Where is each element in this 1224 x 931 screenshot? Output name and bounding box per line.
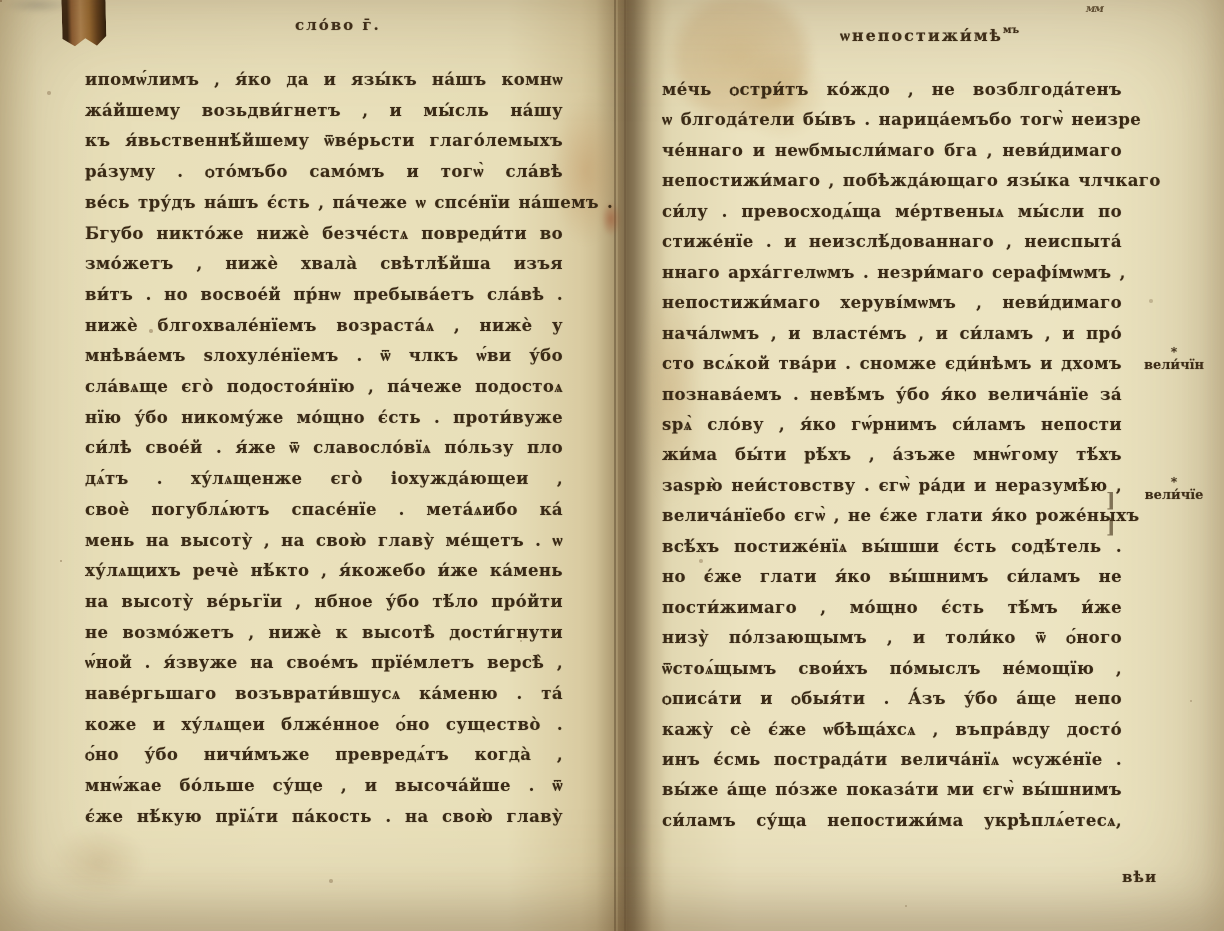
text-line: си́лу . превосходѧ́ща ме́ртвеныѧ мы́сли … [662, 202, 1122, 223]
text-line: ѻ́но у́бо ничи́мъже превредѧ́тъ когда̀ , [85, 745, 563, 766]
margin-note: * вели́чїе [1128, 476, 1220, 502]
text-line: вы́же а́ще по́зже показа́ти ми єгѡ̀ вы́ш… [662, 780, 1122, 801]
text-line: заѕрю̀ неи́стовству . єгѡ̀ ра́ди и нераз… [662, 476, 1122, 497]
text-line: жи́ма бы́ти рѣ́хъ , а́зъже мнѡ́гому тѣ́х… [662, 445, 1122, 466]
text-line: непостижи́маго херуві́мѡмъ , неви́димаго [662, 293, 1122, 314]
right-page-header: ѡнепостижи́мѣмъ [840, 25, 1019, 46]
text-line: ви́тъ . но восвое́й пр́нѡ пребыва́етъ сл… [85, 285, 563, 306]
text-line: ве́сь тру́дъ на́шъ є́сть , па́чеже ѡ спс… [85, 193, 563, 214]
right-page-header-text: ѡнепостижи́мѣ [840, 26, 1003, 45]
text-line: ху́лѧщихъ речѐ нѣ́кто , я́кожебо и́же ка… [85, 561, 563, 582]
text-line: си́ламъ су́ща непостижи́ма укрѣплѧ́етесѧ… [662, 811, 1122, 832]
text-line: велича́нїебо єгѡ̀ , не є́же глати я́ко р… [662, 506, 1122, 527]
text-line: къ я́вьственнѣ́йшему ѿве́рьсти глаго́лем… [85, 131, 563, 152]
right-page-text: ме́чь ѻстри́тъ ко́ждо , не возблгода́тен… [662, 80, 1122, 832]
text-line: ннаго арха́ггелѡмъ . незри́маго серафі́м… [662, 263, 1122, 284]
text-line: мень на высоту̀ , на свою̀ главу̀ ме́щет… [85, 531, 563, 552]
left-page-text: ипомѡ́лимъ , я́ко да и язы́къ на́шъ комн… [85, 70, 563, 828]
text-line: ме́чь ѻстри́тъ ко́ждо , не возблгода́тен… [662, 80, 1122, 101]
left-page-header: сло́во г̄. [295, 16, 381, 34]
text-line: ѡ блгода́тели бы́въ . нарица́емъбо тогѡ̀… [662, 110, 1122, 131]
text-line: є́же нѣ́кую прїѧ́ти па́кость . на свою̀ … [85, 807, 563, 828]
text-line: ѡ́ной . я́звуже на свое́мъ прїе́млетъ ве… [85, 653, 563, 674]
text-line: мнѣва́емъ ѕлохуле́нїемъ . ѿ члкъ ѡ́ви у́… [85, 346, 563, 367]
text-line: Бгубо никто́же нижѐ безче́стѧ повреди́ти… [85, 224, 563, 245]
text-line: ѕрѧ̀ сло́ву , я́ко гѡ́рнимъ си́ламъ непо… [662, 415, 1122, 436]
text-line: нижѐ блгохвале́нїемъ возраста́ѧ , нижѐ у [85, 316, 563, 337]
margin-bracket: ] [1106, 488, 1115, 512]
text-line: коже и ху́лѧщеи блже́нное ѻ́но существо̀… [85, 715, 563, 736]
text-line: мнѡ́жае бо́льше су́ще , и высоча́йше . ѿ [85, 776, 563, 797]
text-line: сла́вѧще єго̀ подостоя́нїю , па́чеже под… [85, 377, 563, 398]
text-line: пости́жимаго , мо́щно є́сть тѣ́мъ и́же [662, 598, 1122, 619]
text-line: че́ннаго и неѡбмысли́маго бга , неви́дим… [662, 141, 1122, 162]
text-line: инъ є́смь пострада́ти велича́нїѧ ѡсуже́н… [662, 750, 1122, 771]
text-line: ѻписа́ти и ѻбыя́ти . А́зъ у́бо а́ще непо [662, 689, 1122, 710]
text-line: непостижи́маго , побѣжда́ющаго язы́ка чл… [662, 171, 1122, 192]
text-line: низу̀ по́лзающымъ , и толи́ко ѿ ѻ́ного [662, 628, 1122, 649]
margin-note-word: вели́чїе [1145, 488, 1204, 503]
margin-note: * вели́чїн [1128, 346, 1220, 372]
quire-signature: вѣи [1122, 868, 1157, 886]
text-line: ипомѡ́лимъ , я́ко да и язы́къ на́шъ комн… [85, 70, 563, 91]
text-line: нїю у́бо никому́же мо́щно є́сть . проти́… [85, 408, 563, 429]
corner-ink-mark: мм [1085, 2, 1105, 15]
text-line: наве́ргьшаго возъврати́вшусѧ ка́меню . т… [85, 684, 563, 705]
text-line: ра́зуму . ѻто́мъбо само́мъ и тогѡ̀ сла́в… [85, 162, 563, 183]
text-line: сто всѧ́кой тва́ри . сномже єди́нѣмъ и д… [662, 354, 1122, 375]
text-line: ѿстоѧ́щымъ свои́хъ по́мыслъ не́мощїю , [662, 659, 1122, 680]
text-line: на высоту̀ ве́рьгїи , нбное у́бо тѣ́ло п… [85, 592, 563, 613]
text-line: нача́лѡмъ , и власте́мъ , и си́ламъ , и … [662, 324, 1122, 345]
text-line: дѧ́тъ . ху́лѧщенже єго̀ іохужда́ющеи , [85, 469, 563, 490]
paper-specks [0, 0, 2, 2]
margin-bracket: ] [1106, 514, 1115, 538]
text-line: си́лѣ свое́й . я́же ѿ славосло́вїѧ по́ль… [85, 438, 563, 459]
text-line: змо́жетъ , нижѐ хвала̀ свѣтлѣ́йша изъя [85, 254, 563, 275]
margin-note-word: вели́чїн [1144, 358, 1204, 373]
right-page-header-superscript: мъ [1003, 25, 1019, 36]
text-line: своѐ погублѧ́ютъ спасе́нїе . мета́ѧибо к… [85, 500, 563, 521]
text-line: познава́емъ . невѣ́мъ у́бо я́ко велича́н… [662, 385, 1122, 406]
text-line: всѣ́хъ постиже́нїѧ вы́шши є́сть содѣ́тел… [662, 537, 1122, 558]
book-spread: сло́во г̄. ѡнепостижи́мѣмъ мм ипомѡ́лимъ… [0, 0, 1224, 931]
text-line: но є́же глати я́ко вы́шнимъ си́ламъ не [662, 567, 1122, 588]
text-line: стиже́нїе . и неизслѣ́дованнаго , неиспы… [662, 232, 1122, 253]
text-line: жа́йшему возьдви́гнетъ , и мы́сль на́шу [85, 101, 563, 122]
text-line: не возмо́жетъ , нижѐ к высотѣ̀ дости́гну… [85, 623, 563, 644]
text-line: кажу̀ сѐ є́же ѡбѣща́хсѧ , въпра́вду дост… [662, 720, 1122, 741]
